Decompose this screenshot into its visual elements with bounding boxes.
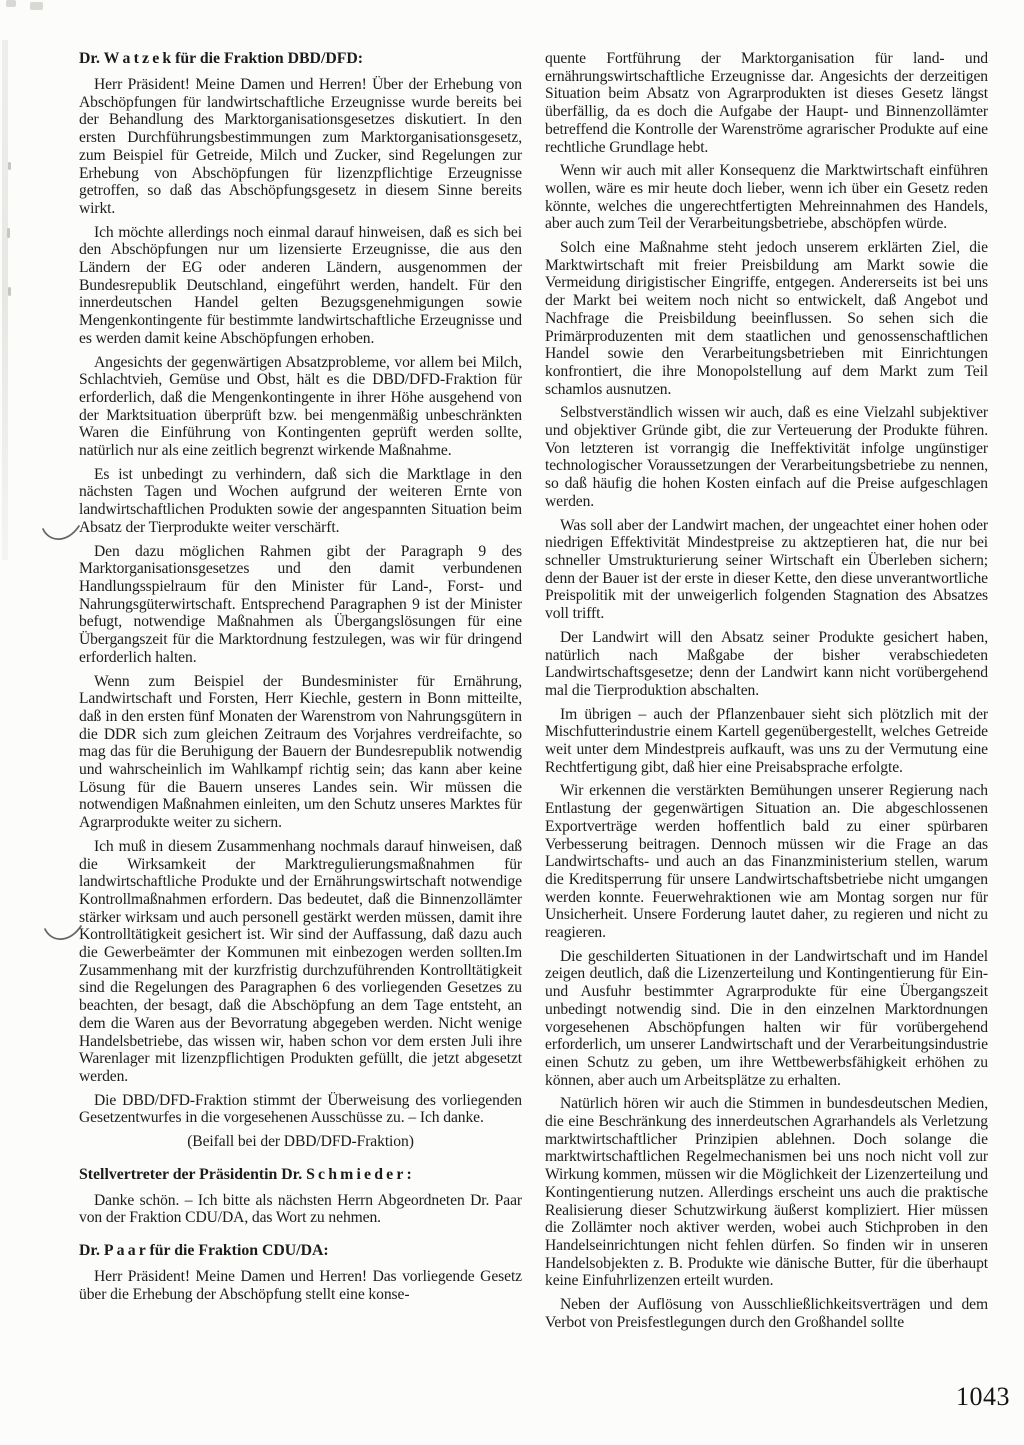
paragraph: Es ist unbedingt zu verhindern, daß sich… xyxy=(79,466,522,537)
scanned-page: { "page": { "number": "1043" }, "left_co… xyxy=(0,0,1024,1445)
paragraph: Wir erkennen die verstärkten Bemühungen … xyxy=(545,782,988,941)
paragraph: Ich muß in diesem Zusammenhang nochmals … xyxy=(79,838,522,1086)
paragraph: Im übrigen – auch der Pflanzenbauer sieh… xyxy=(545,706,988,777)
right-column: quente Fortführung der Marktorganisation… xyxy=(545,50,988,1338)
speaker-heading: Stellvertreter der Präsidentin Dr. S c h… xyxy=(79,1166,522,1184)
paragraph: Herr Präsident! Meine Damen und Herren! … xyxy=(79,76,522,218)
scan-speck xyxy=(30,2,43,10)
paragraph: Selbstverständlich wissen wir auch, daß … xyxy=(545,404,988,510)
stage-direction: (Beifall bei der DBD/DFD-Fraktion) xyxy=(79,1133,522,1151)
paragraph: Neben der Auflösung von Ausschließlichke… xyxy=(545,1296,988,1331)
speaker-heading: Dr. W a t z e k für die Fraktion DBD/DFD… xyxy=(79,50,522,68)
scan-speck xyxy=(7,228,10,238)
scan-speck xyxy=(8,162,11,170)
paragraph: Danke schön. – Ich bitte als nächsten He… xyxy=(79,1192,522,1227)
scan-speck xyxy=(6,0,16,7)
paragraph: Der Landwirt will den Absatz seiner Prod… xyxy=(545,629,988,700)
scan-speck xyxy=(8,287,11,296)
handwritten-margin-mark-icon xyxy=(42,921,84,947)
page-number: 1043 xyxy=(956,1382,1010,1412)
paragraph: Angesichts der gegenwärtigen Absatzprobl… xyxy=(79,354,522,460)
paragraph: quente Fortführung der Marktorganisation… xyxy=(545,50,988,156)
left-column: Dr. W a t z e k für die Fraktion DBD/DFD… xyxy=(79,50,522,1310)
paragraph: Die DBD/DFD-Fraktion stimmt der Überweis… xyxy=(79,1092,522,1127)
paragraph: Ich möchte allerdings noch einmal darauf… xyxy=(79,224,522,348)
paragraph: Wenn wir auch mit aller Konsequenz die M… xyxy=(545,162,988,233)
paragraph: Wenn zum Beispiel der Bundesminister für… xyxy=(79,673,522,832)
paragraph: Solch eine Maßnahme steht jedoch unserem… xyxy=(545,239,988,398)
paragraph: Den dazu möglichen Rahmen gibt der Parag… xyxy=(79,543,522,667)
paragraph: Was soll aber der Landwirt machen, der u… xyxy=(545,517,988,623)
paragraph: Natürlich hören wir auch die Stimmen in … xyxy=(545,1095,988,1290)
scan-edge-artifact xyxy=(2,40,8,560)
handwritten-margin-mark-icon xyxy=(40,521,82,547)
speaker-heading: Dr. P a a r für die Fraktion CDU/DA: xyxy=(79,1242,522,1260)
paragraph: Herr Präsident! Meine Damen und Herren! … xyxy=(79,1268,522,1303)
paragraph: Die geschilderten Situationen in der Lan… xyxy=(545,948,988,1090)
